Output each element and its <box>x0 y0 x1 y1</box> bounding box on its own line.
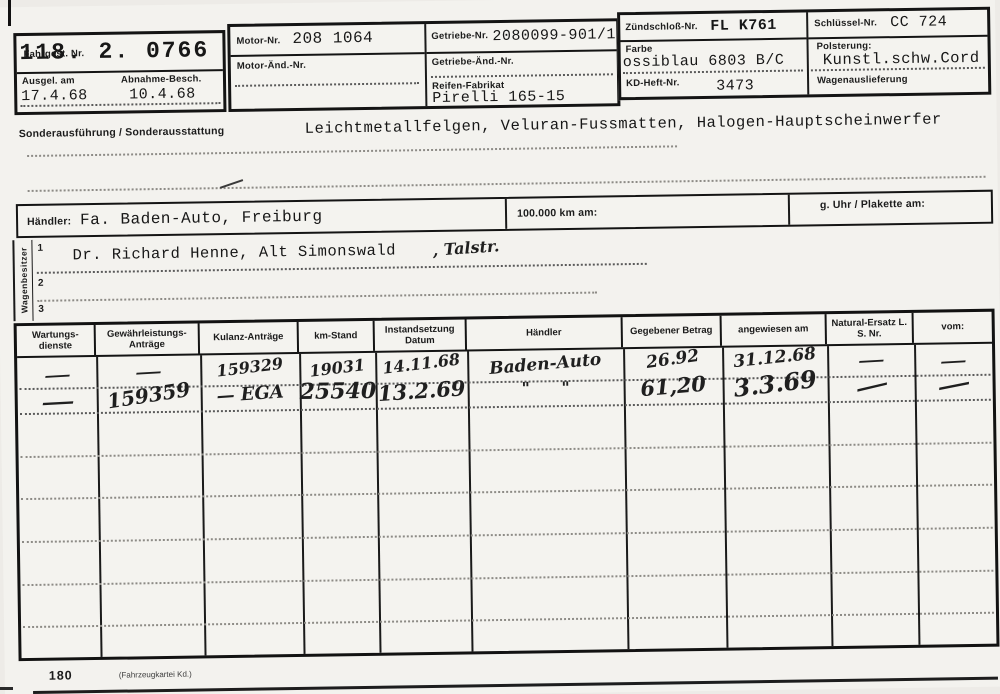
kd-heft-label: KD-Heft-Nr. <box>626 77 680 89</box>
owner-1-name: Dr. Richard Henne, Alt Simonswald <box>72 242 396 265</box>
sonder-label: Sonderausführung / Sonderausstattung <box>19 125 225 140</box>
farbe-value: ossiblau 6803 B/C <box>623 52 785 71</box>
chassis-number: 118. 2. 0766 <box>19 37 209 66</box>
sonder-value: Leichtmetallfelgen, Veluran-Fussmatten, … <box>305 110 942 137</box>
owner-2-num: 2 <box>38 278 44 289</box>
motor-label: Motor-Nr. <box>236 35 280 47</box>
col-header-wartungsdienste: Wartungs-dienste <box>17 325 96 356</box>
sonder-field-line <box>27 145 677 157</box>
owner-1-handwritten: , Talstr. <box>432 236 500 259</box>
owner-1-line <box>37 263 647 274</box>
owner-1-num: 1 <box>37 243 43 254</box>
col-header-betrag: Gegebener Betrag <box>623 316 722 347</box>
motor-aend-label: Motor-Änd.-Nr. <box>237 60 306 72</box>
col-header-haendler: Händler <box>467 317 623 349</box>
motor-number: 208 1064 <box>292 29 373 48</box>
owners-side-strip: Wagenbesitzer <box>14 240 33 321</box>
table-body: — — 159329 19031 14.11.68 Baden-Auto 26.… <box>17 344 996 658</box>
service-table: Wartungs-dienste Gewährleistungs-Anträge… <box>14 309 1000 662</box>
scan-edge-mark <box>0 687 13 690</box>
col-header-vom: vom: <box>914 312 992 343</box>
abnahme-label: Abnahme-Besch. <box>121 73 202 85</box>
abnahme-value: 10.4.68 <box>129 85 196 103</box>
divider <box>620 37 806 42</box>
reifen-value: Pirelli 165-15 <box>432 88 565 107</box>
vehicle-record-card: Fahrgest. Nr. 118. 2. 0766 Ausgel. am 17… <box>0 0 1000 694</box>
row-line <box>22 527 993 543</box>
col-header-instandsetzung: Instandsetzung Datum <box>375 319 467 350</box>
kd-heft-value: 3473 <box>716 77 754 95</box>
getriebe-aend-field <box>431 73 613 78</box>
wagenauslieferung-label: Wagenauslieferung <box>817 74 908 86</box>
form-note: (Fahrzeugkartei Kd.) <box>119 670 192 680</box>
cell-r1-wartung: — <box>17 365 96 385</box>
cell-r2-datum: 13.2.69 <box>375 375 468 406</box>
polsterung-value: Kunstl.schw.Cord <box>823 49 980 69</box>
owners-side-label: Wagenbesitzer <box>18 247 29 313</box>
bottom-rule <box>33 677 998 694</box>
dealer-value: Fa. Baden-Auto, Freiburg <box>80 208 323 230</box>
cell-r1-datum: 14.11.68 <box>374 349 468 379</box>
owners-section: Wagenbesitzer 1 Dr. Richard Henne, Alt S… <box>12 226 994 322</box>
col-header-gewaehrleistung: Gewährleistungs-Anträge <box>96 323 200 355</box>
cell-r2-km: 25540 <box>299 378 375 405</box>
row-line <box>21 442 992 458</box>
row-line <box>23 612 994 628</box>
zuendschloss-label: Zündschloß-Nr. <box>625 21 698 33</box>
km-100000-label: 100.000 km am: <box>517 207 598 220</box>
row-line <box>21 484 992 500</box>
zuendschloss-value: FL K761 <box>710 17 777 35</box>
divider <box>806 12 809 94</box>
col-header-natural-ersatz: Natural-Ersatz L. S. Nr. <box>827 313 914 344</box>
getriebe-label: Getriebe-Nr. <box>431 30 488 42</box>
key-color-box: Zündschloß-Nr. FL K761 Farbe ossiblau 68… <box>617 7 991 101</box>
col-header-angewiesen: angewiesen am <box>722 314 827 346</box>
divider <box>427 49 617 54</box>
schluessel-value: CC 724 <box>890 13 947 31</box>
chassis-box: Fahrgest. Nr. 118. 2. 0766 Ausgel. am 17… <box>13 30 226 115</box>
row-line <box>22 570 993 586</box>
sonder-field-line <box>28 176 986 192</box>
ausgel-label: Ausgel. am <box>22 75 75 87</box>
clock-plakette-label: g. Uhr / Plakette am: <box>820 198 925 212</box>
dealer-label: Händler: <box>27 215 71 228</box>
owner-2-line <box>37 292 597 302</box>
cell-r1-haendler: Baden-Auto <box>467 348 624 381</box>
cell-r1-kulanz: 159329 <box>199 352 300 383</box>
schluessel-label: Schlüssel-Nr. <box>814 17 877 29</box>
col-header-km-stand: km-Stand <box>299 321 375 352</box>
col-header-kulanz: Kulanz-Anträge <box>200 322 299 353</box>
cell-r2-wartung: — <box>18 389 97 414</box>
divider <box>808 35 987 40</box>
motor-getriebe-box: Motor-Nr. 208 1064 Motor-Änd.-Nr. Getrie… <box>227 18 620 112</box>
owner-3-num: 3 <box>38 304 44 315</box>
divider <box>788 195 790 225</box>
ausgel-value: 17.4.68 <box>21 87 88 105</box>
scan-edge-mark <box>8 0 11 26</box>
cell-r2-haendler: " " <box>467 377 623 398</box>
cell-r2-vom: — <box>913 366 994 402</box>
divider <box>424 24 427 106</box>
form-number: 180 <box>49 668 73 682</box>
divider <box>231 52 425 57</box>
getriebe-number: 2080099-901/10 <box>492 26 625 45</box>
divider <box>505 199 507 229</box>
getriebe-aend-label: Getriebe-Änd.-Nr. <box>432 56 514 68</box>
motor-aend-field <box>235 82 419 87</box>
